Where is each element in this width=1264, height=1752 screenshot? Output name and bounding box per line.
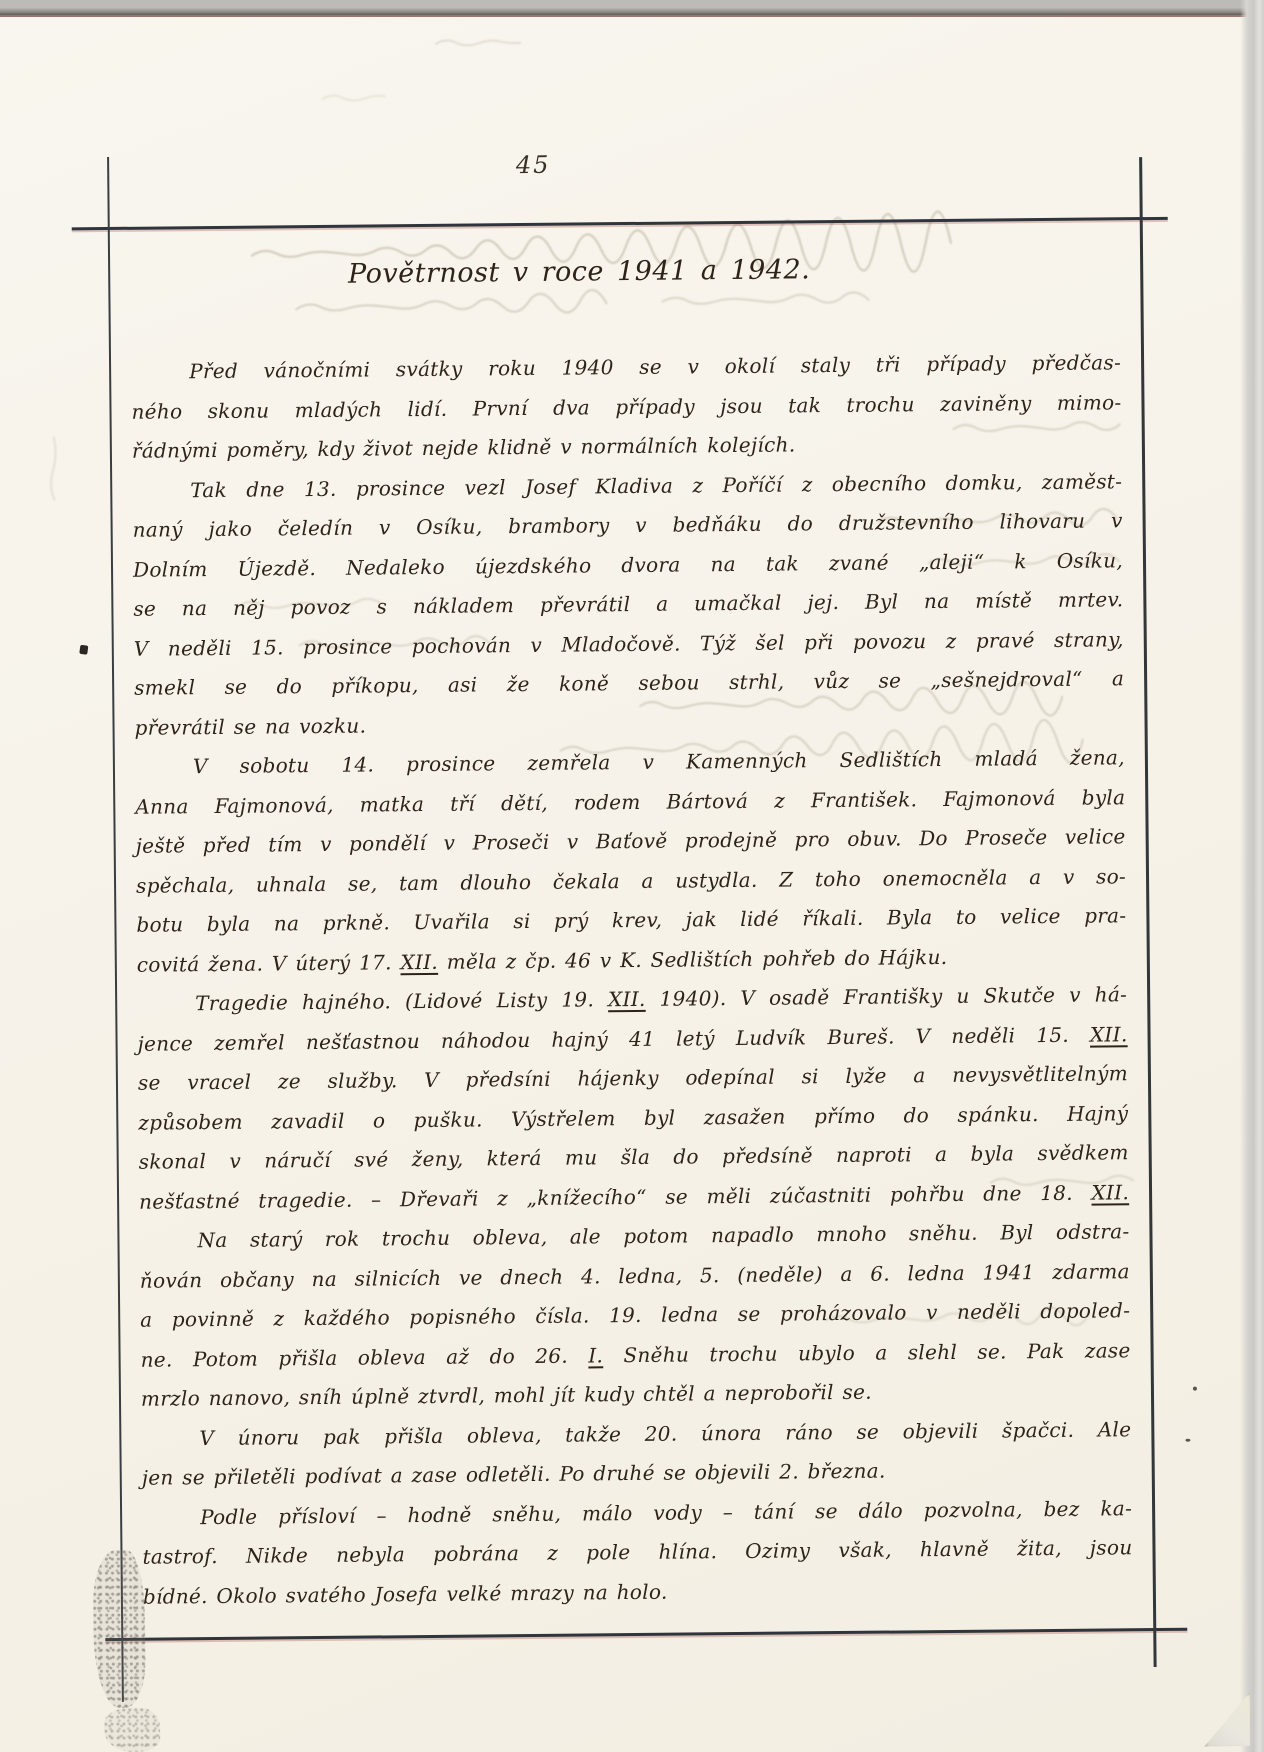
- ruled-border-right: [1139, 157, 1156, 1667]
- ruled-border-left: [107, 157, 124, 1702]
- ink-speck: [1185, 1439, 1190, 1442]
- manuscript-lines: Před vánočními svátky roku 1940 se v oko…: [131, 343, 1133, 1616]
- chapter-title: Povětrnost v roce 1941 a 1942.: [129, 252, 1029, 292]
- scanned-chronicle-page: 45 Povětrnost v roce 1941 a 1942. Před v…: [0, 0, 1264, 1752]
- margin-ink-dot: [79, 645, 88, 655]
- page-skew-wrapper: 45 Povětrnost v roce 1941 a 1942. Před v…: [0, 0, 1264, 1752]
- page-corner-fold: [1204, 1692, 1251, 1746]
- page-number: 45: [493, 151, 573, 180]
- ruled-border-top: [72, 217, 1168, 231]
- ruled-border-bottom: [105, 1628, 1187, 1641]
- margin-smudge: [92, 1550, 146, 1708]
- ink-speck: [1193, 1387, 1197, 1391]
- margin-smudge-lower: [104, 1708, 160, 1752]
